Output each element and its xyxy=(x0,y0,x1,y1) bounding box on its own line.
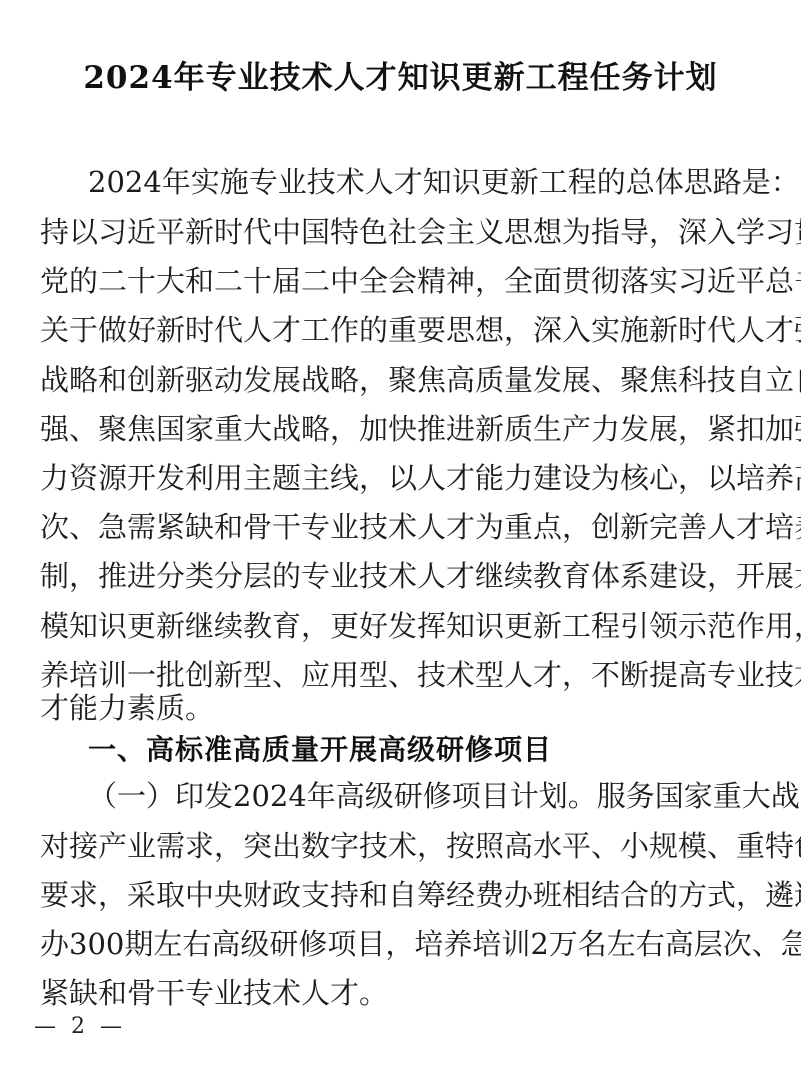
paragraph-line-last: 才能力素质。 xyxy=(40,688,214,728)
paragraph-line: 制，推进分类分层的专业技术人才继续教育体系建设，开展大规 xyxy=(40,556,752,596)
paragraph-line: 模知识更新继续教育，更好发挥知识更新工程引领示范作用，培 xyxy=(40,606,752,646)
paragraph-line: 要求，采取中央财政支持和自筹经费办班相结合的方式，遴选举 xyxy=(40,875,752,915)
paragraph-line: 党的二十大和二十届二中全会精神，全面贯彻落实习近平总书记 xyxy=(40,261,752,301)
paragraph-line: 次、急需紧缺和骨干专业技术人才为重点，创新完善人才培养机 xyxy=(40,507,752,547)
paragraph-line: 办300期左右高级研修项目，培养培训2万名左右高层次、急需 xyxy=(40,924,752,964)
paragraph-line: 对接产业需求，突出数字技术，按照高水平、小规模、重特色的 xyxy=(40,826,752,866)
paragraph-line: 紧缺和骨干专业技术人才。 xyxy=(40,973,388,1013)
page-number: — 2 — xyxy=(34,1012,122,1042)
paragraph-line: 战略和创新驱动发展战略，聚焦高质量发展、聚焦科技自立自 xyxy=(40,360,752,400)
paragraph-line: 关于做好新时代人才工作的重要思想，深入实施新时代人才强国 xyxy=(40,310,752,350)
section-heading: 一、高标准高质量开展高级研修项目 xyxy=(88,730,552,770)
paragraph-line: 强、聚焦国家重大战略，加快推进新质生产力发展，紧扣加强人 xyxy=(40,409,752,449)
paragraph-line: （一）印发2024年高级研修项目计划。服务国家重大战略， xyxy=(88,776,752,816)
paragraph-line: 2024年实施专业技术人才知识更新工程的总体思路是：坚 xyxy=(88,162,752,202)
paragraph-line: 持以习近平新时代中国特色社会主义思想为指导，深入学习贯彻 xyxy=(40,212,752,252)
paragraph-line: 力资源开发利用主题主线，以人才能力建设为核心，以培养高层 xyxy=(40,458,752,498)
document-title: 2024年专业技术人才知识更新工程任务计划 xyxy=(0,52,801,97)
